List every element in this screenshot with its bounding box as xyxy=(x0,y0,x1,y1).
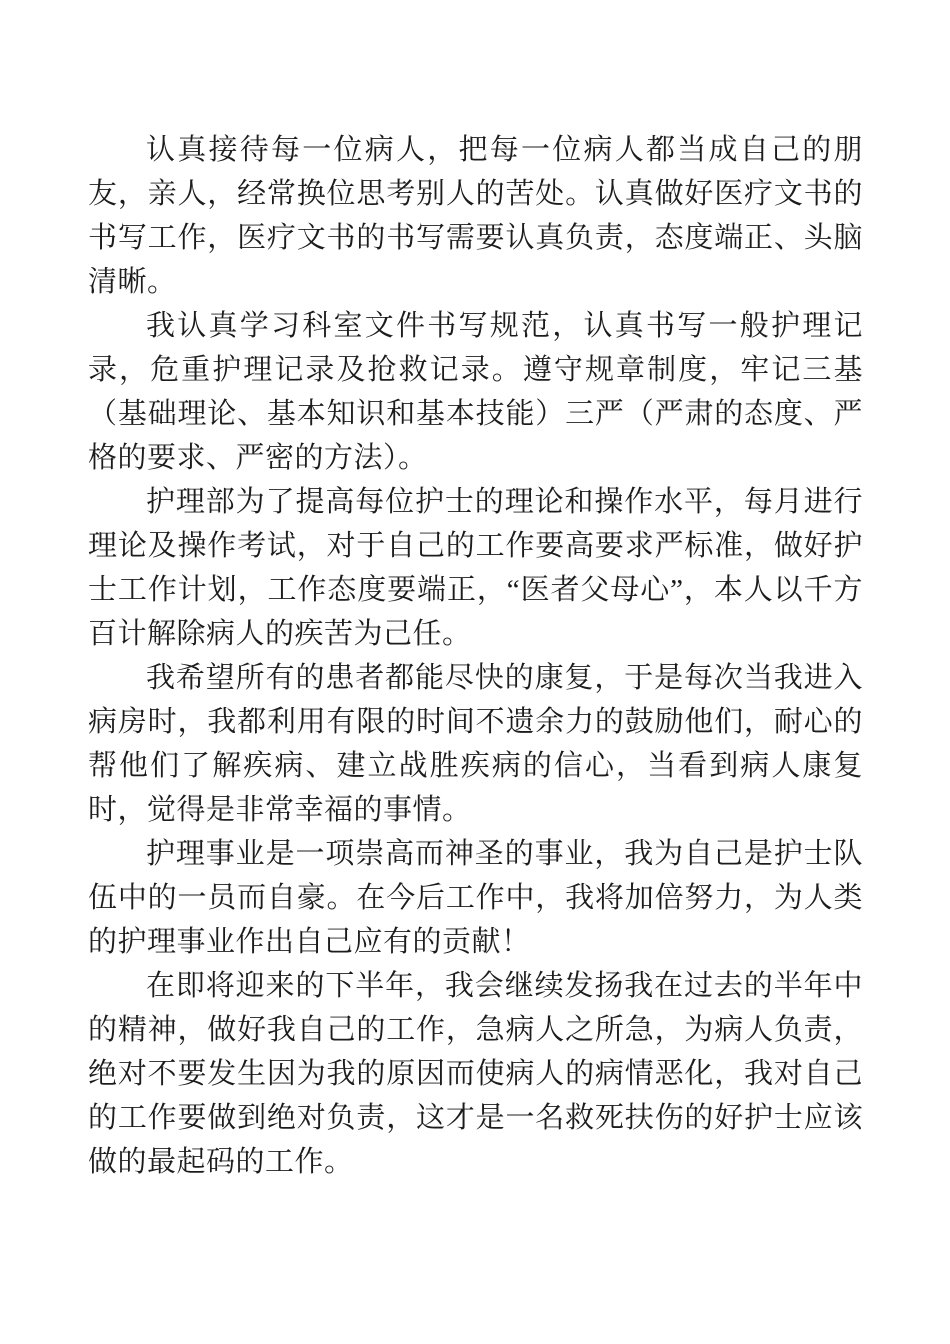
paragraph: 护理事业是一项崇高而神圣的事业，我为自己是护士队伍中的一员而自豪。在今后工作中，… xyxy=(88,832,863,964)
paragraph: 认真接待每一位病人，把每一位病人都当成自己的朋友，亲人，经常换位思考别人的苦处。… xyxy=(88,128,863,304)
paragraph: 在即将迎来的下半年，我会继续发扬我在过去的半年中的精神，做好我自己的工作，急病人… xyxy=(88,964,863,1184)
paragraph: 我认真学习科室文件书写规范，认真书写一般护理记录，危重护理记录及抢救记录。遵守规… xyxy=(88,304,863,480)
paragraph: 护理部为了提高每位护士的理论和操作水平，每月进行理论及操作考试，对于自己的工作要… xyxy=(88,480,863,656)
document-content: 认真接待每一位病人，把每一位病人都当成自己的朋友，亲人，经常换位思考别人的苦处。… xyxy=(88,128,863,1184)
document-page: 认真接待每一位病人，把每一位病人都当成自己的朋友，亲人，经常换位思考别人的苦处。… xyxy=(0,0,950,1344)
paragraph: 我希望所有的患者都能尽快的康复，于是每次当我进入病房时，我都利用有限的时间不遗余… xyxy=(88,656,863,832)
